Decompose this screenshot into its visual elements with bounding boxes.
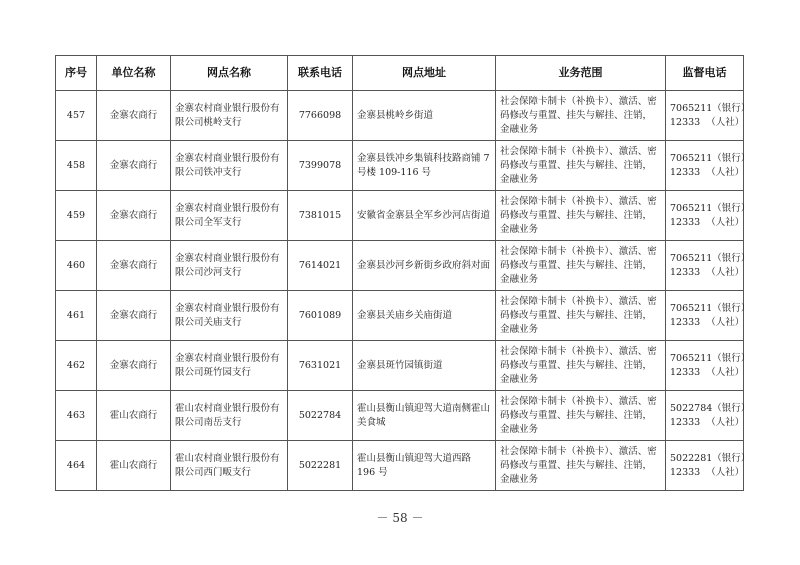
table-row: 457 金寨农商行 金寨农村商业银行股份有限公司桃岭支行 7766098 金寨县…: [56, 91, 744, 141]
cell-address: 金寨县斑竹园镇街道: [353, 341, 496, 391]
cell-address: 金寨县铁冲乡集镇科技路商铺 7 号楼 109-116 号: [353, 141, 496, 191]
cell-branch: 金寨农村商业银行股份有限公司全军支行: [171, 191, 288, 241]
cell-phone: 7766098: [288, 91, 353, 141]
cell-phone: 5022281: [288, 441, 353, 491]
header-scope: 业务范围: [496, 56, 666, 91]
supervision-hr: 12333 （人社）: [670, 466, 739, 480]
supervision-bank: 5022784（银行）: [670, 402, 739, 416]
cell-scope: 社会保障卡制卡（补换卡）、激活、密码修改与重置、挂失与解挂、注销，金融业务: [496, 91, 666, 141]
cell-scope: 社会保障卡制卡（补换卡）、激活、密码修改与重置、挂失与解挂、注销，金融业务: [496, 191, 666, 241]
cell-scope: 社会保障卡制卡（补换卡）、激活、密码修改与重置、挂失与解挂、注销，金融业务: [496, 441, 666, 491]
cell-supervision: 5022784（银行）12333 （人社）: [666, 391, 744, 441]
cell-branch: 金寨农村商业银行股份有限公司沙河支行: [171, 241, 288, 291]
cell-scope: 社会保障卡制卡（补换卡）、激活、密码修改与重置、挂失与解挂、注销，金融业务: [496, 291, 666, 341]
cell-unit: 霍山农商行: [97, 391, 171, 441]
cell-unit: 金寨农商行: [97, 141, 171, 191]
header-unit: 单位名称: [97, 56, 171, 91]
table-row: 459 金寨农商行 金寨农村商业银行股份有限公司全军支行 7381015 安徽省…: [56, 191, 744, 241]
cell-supervision: 7065211（银行）12333 （人社）: [666, 291, 744, 341]
cell-address: 金寨县桃岭乡街道: [353, 91, 496, 141]
header-serial: 序号: [56, 56, 97, 91]
cell-branch: 霍山农村商业银行股份有限公司南岳支行: [171, 391, 288, 441]
header-phone: 联系电话: [288, 56, 353, 91]
table-row: 460 金寨农商行 金寨农村商业银行股份有限公司沙河支行 7614021 金寨县…: [56, 241, 744, 291]
cell-supervision: 5022281（银行）12333 （人社）: [666, 441, 744, 491]
cell-branch: 金寨农村商业银行股份有限公司桃岭支行: [171, 91, 288, 141]
supervision-bank: 7065211（银行）: [670, 202, 739, 216]
supervision-bank: 7065211（银行）: [670, 302, 739, 316]
service-outlet-table: 序号 单位名称 网点名称 联系电话 网点地址 业务范围 监督电话 457 金寨农…: [55, 55, 744, 491]
cell-address: 金寨县沙河乡新街乡政府斜对面: [353, 241, 496, 291]
header-supervision-phone: 监督电话: [666, 56, 744, 91]
cell-serial: 459: [56, 191, 97, 241]
supervision-bank: 7065211（银行）: [670, 252, 739, 266]
cell-address: 霍山县衡山镇迎驾大道西路 196 号: [353, 441, 496, 491]
cell-serial: 457: [56, 91, 97, 141]
supervision-bank: 5022281（银行）: [670, 452, 739, 466]
cell-supervision: 7065211（银行）12333 （人社）: [666, 91, 744, 141]
cell-phone: 7631021: [288, 341, 353, 391]
cell-unit: 金寨农商行: [97, 191, 171, 241]
supervision-hr: 12333 （人社）: [670, 166, 739, 180]
cell-supervision: 7065211（银行）12333 （人社）: [666, 341, 744, 391]
page-number: － 58 －: [0, 509, 800, 526]
cell-unit: 霍山农商行: [97, 441, 171, 491]
header-branch: 网点名称: [171, 56, 288, 91]
cell-serial: 463: [56, 391, 97, 441]
cell-supervision: 7065211（银行）12333 （人社）: [666, 191, 744, 241]
cell-serial: 464: [56, 441, 97, 491]
supervision-bank: 7065211（银行）: [670, 352, 739, 366]
cell-supervision: 7065211（银行）12333 （人社）: [666, 241, 744, 291]
cell-branch: 金寨农村商业银行股份有限公司铁冲支行: [171, 141, 288, 191]
cell-unit: 金寨农商行: [97, 341, 171, 391]
cell-phone: 7381015: [288, 191, 353, 241]
table-row: 463 霍山农商行 霍山农村商业银行股份有限公司南岳支行 5022784 霍山县…: [56, 391, 744, 441]
table-row: 464 霍山农商行 霍山农村商业银行股份有限公司西门畈支行 5022281 霍山…: [56, 441, 744, 491]
cell-phone: 5022784: [288, 391, 353, 441]
cell-serial: 458: [56, 141, 97, 191]
supervision-hr: 12333 （人社）: [670, 216, 739, 230]
cell-supervision: 7065211（银行）12333 （人社）: [666, 141, 744, 191]
cell-phone: 7614021: [288, 241, 353, 291]
cell-phone: 7399078: [288, 141, 353, 191]
supervision-hr: 12333 （人社）: [670, 366, 739, 380]
supervision-bank: 7065211（银行）: [670, 102, 739, 116]
cell-address: 金寨县关庙乡关庙街道: [353, 291, 496, 341]
supervision-hr: 12333 （人社）: [670, 416, 739, 430]
cell-unit: 金寨农商行: [97, 291, 171, 341]
cell-unit: 金寨农商行: [97, 241, 171, 291]
supervision-bank: 7065211（银行）: [670, 152, 739, 166]
cell-branch: 金寨农村商业银行股份有限公司斑竹园支行: [171, 341, 288, 391]
table-header-row: 序号 单位名称 网点名称 联系电话 网点地址 业务范围 监督电话: [56, 56, 744, 91]
supervision-hr: 12333 （人社）: [670, 266, 739, 280]
cell-serial: 462: [56, 341, 97, 391]
table-row: 462 金寨农商行 金寨农村商业银行股份有限公司斑竹园支行 7631021 金寨…: [56, 341, 744, 391]
supervision-hr: 12333 （人社）: [670, 116, 739, 130]
cell-address: 霍山县衡山镇迎驾大道南侧霍山美食城: [353, 391, 496, 441]
cell-scope: 社会保障卡制卡（补换卡）、激活、密码修改与重置、挂失与解挂、注销，金融业务: [496, 391, 666, 441]
cell-scope: 社会保障卡制卡（补换卡）、激活、密码修改与重置、挂失与解挂、注销，金融业务: [496, 241, 666, 291]
table-row: 458 金寨农商行 金寨农村商业银行股份有限公司铁冲支行 7399078 金寨县…: [56, 141, 744, 191]
cell-phone: 7601089: [288, 291, 353, 341]
cell-serial: 460: [56, 241, 97, 291]
cell-unit: 金寨农商行: [97, 91, 171, 141]
header-address: 网点地址: [353, 56, 496, 91]
cell-scope: 社会保障卡制卡（补换卡）、激活、密码修改与重置、挂失与解挂、注销，金融业务: [496, 141, 666, 191]
cell-address: 安徽省金寨县全军乡沙河店街道: [353, 191, 496, 241]
cell-branch: 金寨农村商业银行股份有限公司关庙支行: [171, 291, 288, 341]
cell-serial: 461: [56, 291, 97, 341]
cell-scope: 社会保障卡制卡（补换卡）、激活、密码修改与重置、挂失与解挂、注销，金融业务: [496, 341, 666, 391]
table-row: 461 金寨农商行 金寨农村商业银行股份有限公司关庙支行 7601089 金寨县…: [56, 291, 744, 341]
supervision-hr: 12333 （人社）: [670, 316, 739, 330]
cell-branch: 霍山农村商业银行股份有限公司西门畈支行: [171, 441, 288, 491]
